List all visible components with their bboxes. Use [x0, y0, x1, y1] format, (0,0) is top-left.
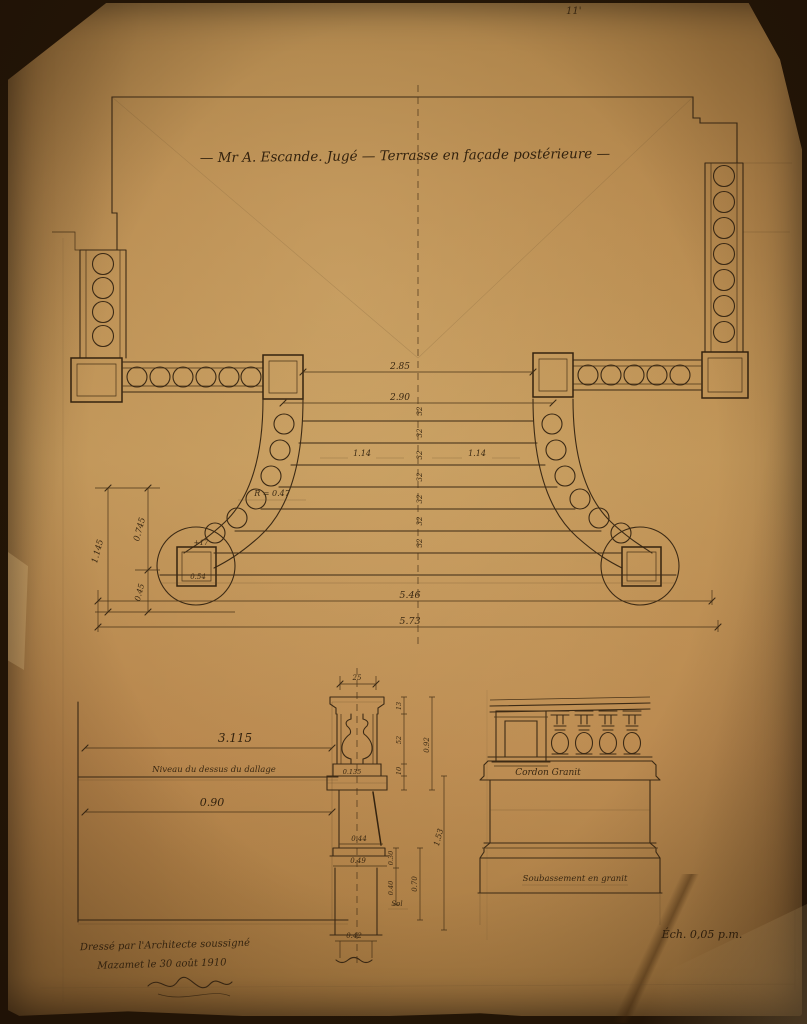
- photo-of-drawing: 11' — Mr A. Escande. Jugé — Terrasse en …: [0, 0, 807, 1024]
- photo-vignette: [0, 0, 807, 1024]
